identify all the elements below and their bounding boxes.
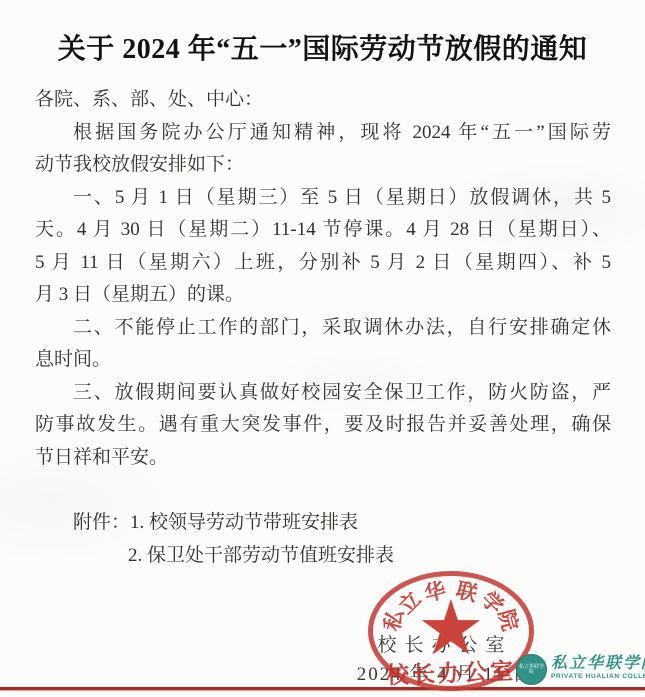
paragraph-line: 息时间。 (35, 344, 611, 377)
salutation: 各院、系、部、处、中心： (35, 84, 611, 117)
scanned-notice-page: 关于 2024 年“五一”国际劳动节放假的通知 各院、系、部、处、中心： 根据国… (0, 0, 645, 697)
paragraph-line: 动节我校放假安排如下： (35, 149, 611, 182)
college-emblem-icon: 私立华联学院 (516, 654, 547, 685)
college-logo: 私立华联学院 私立华联学院 PRIVATE HUALIAN COLLEGE (516, 654, 645, 685)
notice-body: 各院、系、部、处、中心： 根据国务院办公厅通知精神，现将 2024 年“五一”国… (35, 84, 611, 572)
college-name-en: PRIVATE HUALIAN COLLEGE (551, 673, 645, 681)
notice-title: 关于 2024 年“五一”国际劳动节放假的通知 (0, 27, 645, 67)
paragraph-line: 5 月 11 日（星期六）上班，分别补 5 月 2 日（星期四）、补 5 (35, 247, 611, 280)
paragraph-line: 节日祥和平安。 (35, 442, 611, 475)
attachment-item: 附件：1. 校领导劳动节带班安排表 (35, 507, 611, 540)
bottom-red-rule (0, 687, 645, 690)
attachments-block: 附件：1. 校领导劳动节带班安排表 2. 保卫处干部劳动节值班安排表 (35, 507, 611, 572)
paragraph-line: 三、放假期间要认真做好校园安全保卫工作，防火防盗，严 (35, 377, 611, 410)
paragraph-line: 根据国务院办公厅通知精神，现将 2024 年“五一”国际劳 (35, 117, 611, 150)
college-name-cn: 私立华联学院 (551, 654, 645, 673)
official-seal: 私 立 华 联 学 院 ★ 校长办公室 (368, 571, 534, 691)
paragraph-line: 防事故发生。遇有重大突发事件，要及时报告并妥善处理，确保 (35, 409, 611, 442)
paragraph-line: 一、5 月 1 日（星期三）至 5 日（星期日）放假调休，共 5 (35, 182, 611, 215)
paragraph-line: 天。4 月 30 日（星期二）11-14 节停课。4 月 28 日（星期日）、 (35, 214, 611, 247)
attachment-item: 2. 保卫处干部劳动节值班安排表 (128, 540, 611, 573)
paragraph-line: 二、不能停止工作的部门，采取调休办法，自行安排确定休 (35, 312, 611, 345)
paragraph-line: 月 3 日（星期五）的课。 (35, 279, 611, 312)
seal-office-text: 校长办公室 (385, 653, 516, 691)
college-logo-text: 私立华联学院 PRIVATE HUALIAN COLLEGE (551, 654, 645, 681)
